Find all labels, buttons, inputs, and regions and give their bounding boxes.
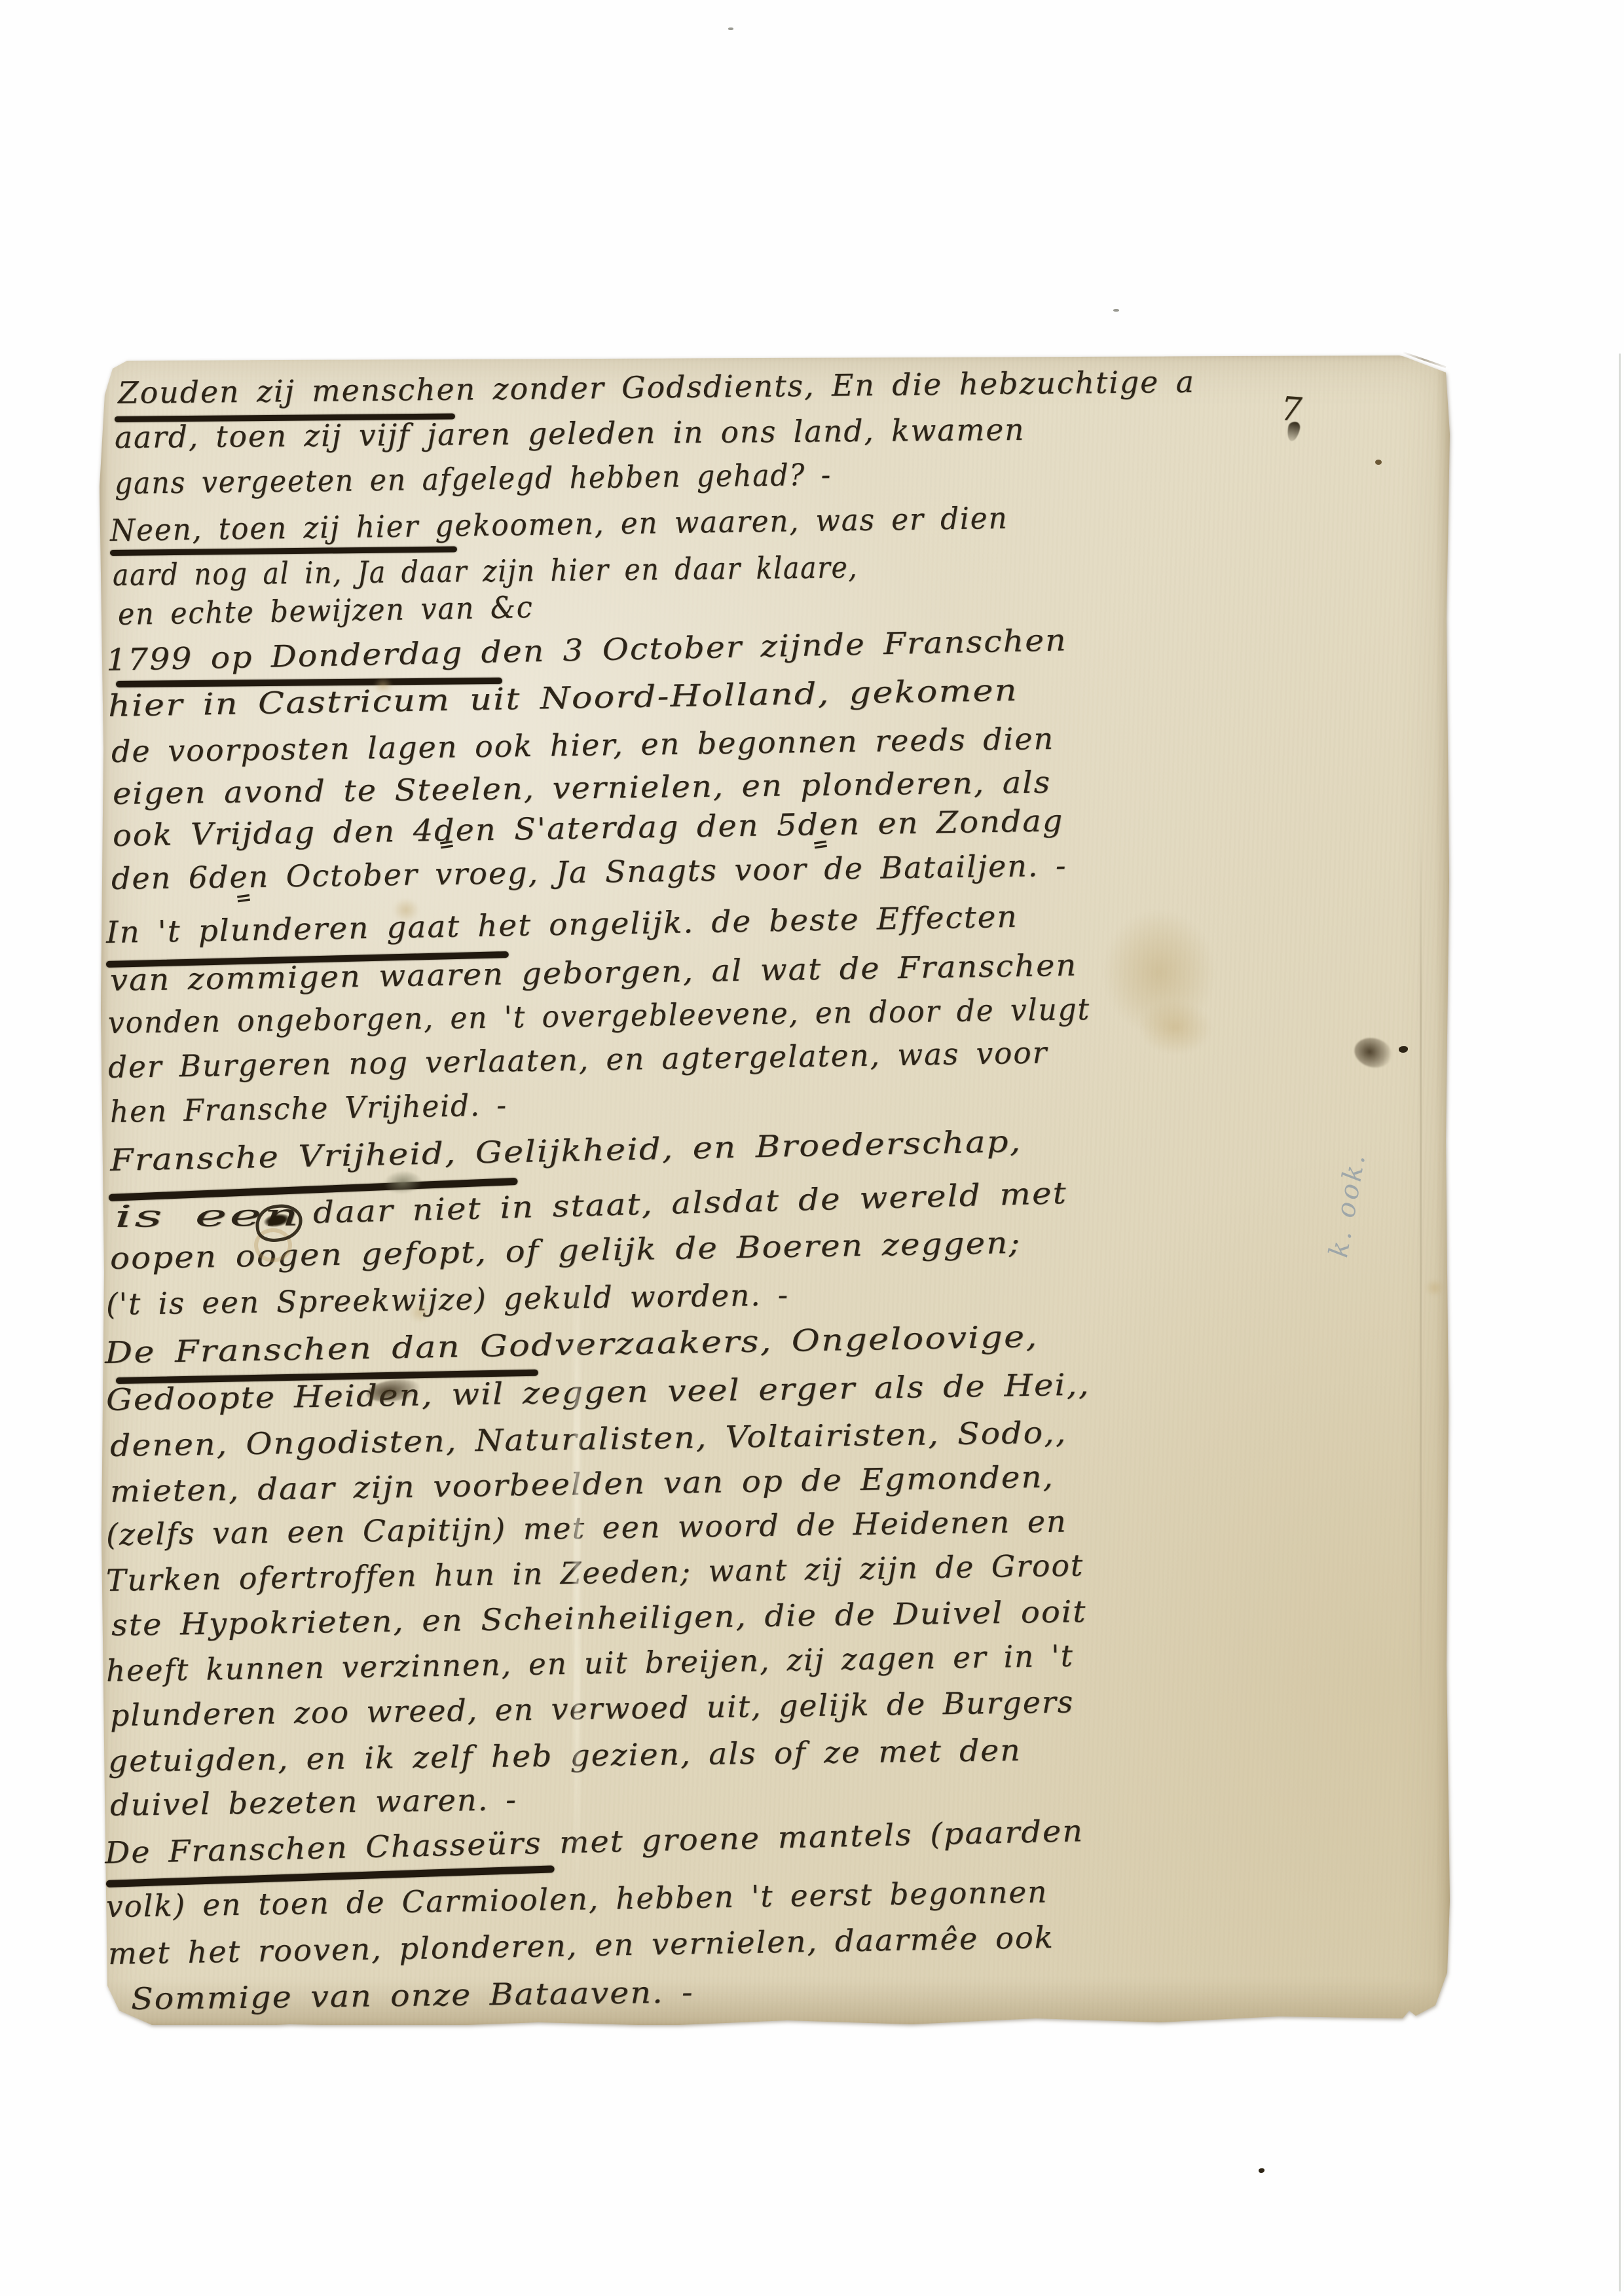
paper-shadow-wrap [0, 0, 1624, 2296]
scanned-document-page: 7 k. ook. Zouden zij menschen zonder God… [0, 0, 1624, 2296]
manuscript-paper [100, 355, 1450, 2025]
paper-right-edge-shading [1435, 355, 1450, 2025]
paper-bottom-edge-shading [100, 1979, 1450, 2025]
paper-left-edge-shading [100, 355, 110, 2025]
